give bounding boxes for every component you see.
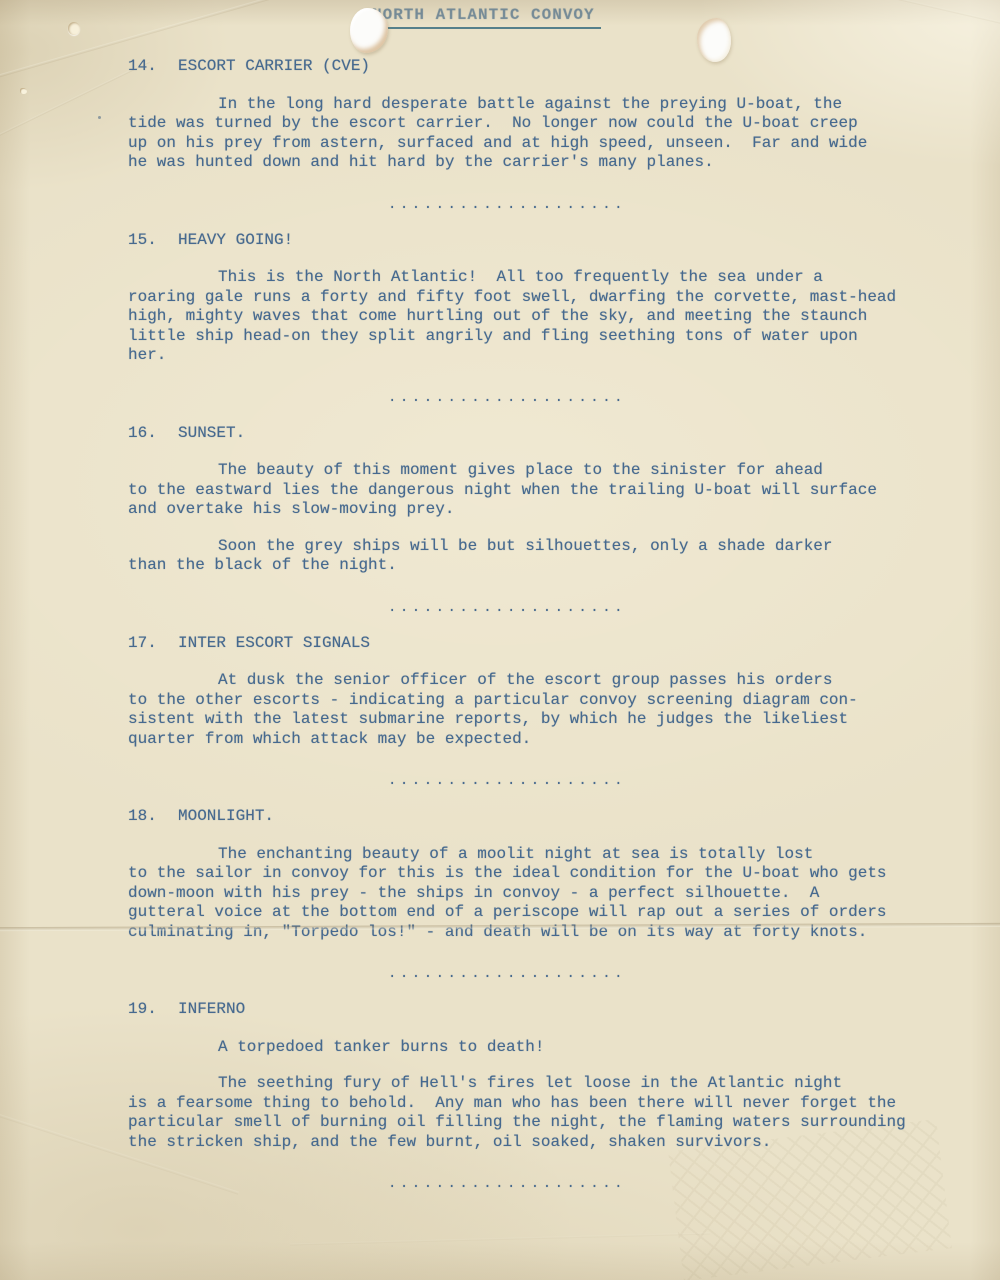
section-number: 14. [128,57,178,77]
text-line: than the black of the night. [128,556,922,576]
punch-hole-right [697,18,731,62]
text-line: Soon the grey ships will be but silhouet… [128,537,922,557]
text-line: The enchanting beauty of a moolit night … [128,845,922,865]
paper-crease [290,1233,710,1246]
section-heading-row: 14.ESCORT CARRIER (CVE) [128,57,922,77]
section-16: 16.SUNSET.The beauty of this moment give… [128,424,922,618]
text-line: and overtake his slow-moving prey. [128,500,922,520]
paper-speck-hole [20,88,27,94]
document-header: NORTH ATLANTIC CONVOY [366,6,601,29]
dotted-separator: .................... [110,771,904,791]
text-line: roaring gale runs a forty and fifty foot… [128,288,922,308]
text-line: A torpedoed tanker burns to death! [128,1038,922,1058]
dotted-separator: .................... [110,195,904,215]
section-heading-row: 15.HEAVY GOING! [128,231,922,251]
text-line: The beauty of this moment gives place to… [128,461,922,481]
text-line: up on his prey from astern, surfaced and… [128,134,922,154]
section-19: 19.INFERNOA torpedoed tanker burns to de… [128,1000,922,1194]
paragraph: This is the North Atlantic! All too freq… [128,268,922,366]
section-number: 16. [128,424,178,444]
text-line: The seething fury of Hell's fires let lo… [128,1074,922,1094]
staple-hole [68,22,80,35]
document-body: 14.ESCORT CARRIER (CVE)In the long hard … [128,57,922,1194]
text-line: tide was turned by the escort carrier. N… [128,114,922,134]
text-line: In the long hard desperate battle agains… [128,95,922,115]
text-line: high, mighty waves that come hurtling ou… [128,307,922,327]
section-17: 17.INTER ESCORT SIGNALSAt dusk the senio… [128,634,922,792]
section-number: 18. [128,807,178,827]
section-heading: INTER ESCORT SIGNALS [178,634,370,652]
dotted-separator: .................... [110,1174,904,1194]
section-heading-row: 18.MOONLIGHT. [128,807,922,827]
text-line: This is the North Atlantic! All too freq… [128,268,922,288]
section-heading-row: 17.INTER ESCORT SIGNALS [128,634,922,654]
paper-crease [838,0,1000,38]
paragraph: At dusk the senior officer of the escort… [128,671,922,749]
text-line: quarter from which attack may be expecte… [128,730,922,750]
text-line: At dusk the senior officer of the escort… [128,671,922,691]
section-heading: MOONLIGHT. [178,807,274,825]
section-18: 18.MOONLIGHT.The enchanting beauty of a … [128,807,922,984]
section-heading-row: 16.SUNSET. [128,424,922,444]
section-number: 17. [128,634,178,654]
text-line: is a fearsome thing to behold. Any man w… [128,1094,922,1114]
paragraph: Soon the grey ships will be but silhouet… [128,537,922,576]
section-heading: HEAVY GOING! [178,231,293,249]
text-line: the stricken ship, and the few burnt, oi… [128,1133,922,1153]
text-line: down-moon with his prey - the ships in c… [128,884,922,904]
text-line: sistent with the latest submarine report… [128,710,922,730]
dotted-separator: .................... [110,964,904,984]
text-line: little ship head-on they split angrily a… [128,327,922,347]
text-line: gutteral voice at the bottom end of a pe… [128,903,922,923]
section-number: 15. [128,231,178,251]
text-line: her. [128,346,922,366]
text-line: culminating in, "Torpedo los!" - and dea… [128,923,922,943]
text-line: he was hunted down and hit hard by the c… [128,153,922,173]
paragraph: A torpedoed tanker burns to death! [128,1038,922,1058]
paragraph: The enchanting beauty of a moolit night … [128,845,922,943]
text-line: to the other escorts - indicating a part… [128,691,922,711]
punch-hole-left [350,8,388,53]
paragraph: The beauty of this moment gives place to… [128,461,922,520]
section-heading: INFERNO [178,1000,245,1018]
dotted-separator: .................... [110,388,904,408]
text-line: to the sailor in convoy for this is the … [128,864,922,884]
section-heading: ESCORT CARRIER (CVE) [178,57,370,75]
ink-stray-dot [98,116,101,119]
scanned-document-page: NORTH ATLANTIC CONVOY 14.ESCORT CARRIER … [0,0,1000,1280]
paragraph: In the long hard desperate battle agains… [128,95,922,173]
section-heading: SUNSET. [178,424,245,442]
section-number: 19. [128,1000,178,1020]
section-15: 15.HEAVY GOING!This is the North Atlanti… [128,231,922,408]
dotted-separator: .................... [110,598,904,618]
section-heading-row: 19.INFERNO [128,1000,922,1020]
page-title: NORTH ATLANTIC CONVOY [372,6,595,24]
paragraph: The seething fury of Hell's fires let lo… [128,1074,922,1152]
section-14: 14.ESCORT CARRIER (CVE)In the long hard … [128,57,922,215]
text-line: to the eastward lies the dangerous night… [128,481,922,501]
text-line: particular smell of burning oil filling … [128,1113,922,1133]
